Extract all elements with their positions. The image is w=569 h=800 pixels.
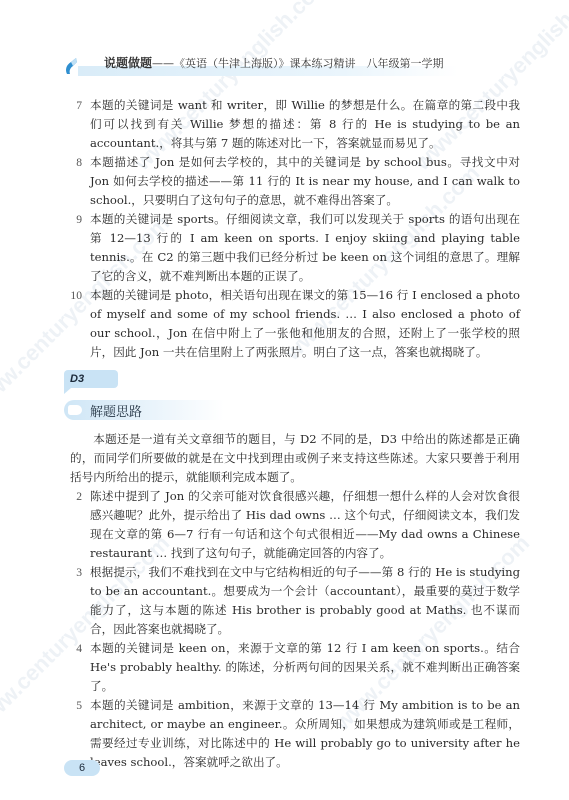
header-title-bold: 说题做题 bbox=[104, 56, 152, 70]
page-header: 说题做题——《英语（牛津上海版）》课本练习精讲 八年级第一学期 bbox=[64, 52, 454, 78]
item-text: 本题的关键词是 want 和 writer，即 Willie 的梦想是什么。在篇… bbox=[90, 98, 520, 150]
item-text: 本题描述了 Jon 是如何去学校的，其中的关键词是 by school bus。… bbox=[90, 155, 520, 207]
list-item: 4本题的关键词是 keen on，来源于文章的第 12 行 I am keen … bbox=[70, 639, 520, 696]
list-item: 7本题的关键词是 want 和 writer，即 Willie 的梦想是什么。在… bbox=[70, 96, 520, 153]
item-text: 本题的关键词是 keen on，来源于文章的第 12 行 I am keen o… bbox=[90, 641, 520, 693]
page-number: 6 bbox=[64, 760, 100, 776]
item-number: 7 bbox=[64, 96, 82, 115]
section-c-list: 7本题的关键词是 want 和 writer，即 Willie 的梦想是什么。在… bbox=[70, 96, 520, 362]
header-title-rest: ——《英语（牛津上海版）》课本练习精讲 八年级第一学期 bbox=[152, 57, 444, 70]
section-badge: D3 bbox=[64, 370, 118, 388]
item-number: 3 bbox=[64, 563, 82, 582]
list-item: 8本题描述了 Jon 是如何去学校的，其中的关键词是 by school bus… bbox=[70, 153, 520, 210]
list-item: 9本题的关键词是 sports。仔细阅读文章，我们可以发现关于 sports 的… bbox=[70, 210, 520, 286]
list-item: 10本题的关键词是 photo，相关语句出现在课文的第 15—16 行 I en… bbox=[70, 286, 520, 362]
section-d3-content: 本题还是一道有关文章细节的题目，与 D2 不同的是，D3 中给出的陈述都是正确的… bbox=[70, 430, 520, 772]
list-item: 2陈述中提到了 Jon 的父亲可能对饮食很感兴趣，仔细想一想什么样的人会对饮食很… bbox=[70, 487, 520, 563]
intro-paragraph: 本题还是一道有关文章细节的题目，与 D2 不同的是，D3 中给出的陈述都是正确的… bbox=[70, 430, 520, 487]
item-number: 5 bbox=[64, 696, 82, 715]
item-number: 8 bbox=[64, 153, 82, 172]
list-item: 5本题的关键词是 ambition，来源于文章的 13—14 行 My ambi… bbox=[70, 696, 520, 772]
item-number: 4 bbox=[64, 639, 82, 658]
book-logo-icon bbox=[64, 56, 80, 76]
item-number: 9 bbox=[64, 210, 82, 229]
speech-bubble-icon bbox=[68, 405, 82, 415]
item-text: 本题的关键词是 sports。仔细阅读文章，我们可以发现关于 sports 的语… bbox=[90, 212, 520, 283]
item-text: 陈述中提到了 Jon 的父亲可能对饮食很感兴趣，仔细想一想什么样的人会对饮食很感… bbox=[90, 489, 520, 560]
item-number: 10 bbox=[64, 286, 82, 305]
item-number: 2 bbox=[64, 487, 82, 506]
section-heading: 解题思路 bbox=[64, 400, 224, 420]
header-title: 说题做题——《英语（牛津上海版）》课本练习精讲 八年级第一学期 bbox=[104, 54, 444, 71]
item-text: 根据提示，我们不难找到在文中与它结构相近的句子——第 8 行的 He is st… bbox=[90, 565, 520, 636]
section-heading-label: 解题思路 bbox=[90, 401, 142, 420]
item-text: 本题的关键词是 photo，相关语句出现在课文的第 15—16 行 I encl… bbox=[90, 288, 520, 359]
item-text: 本题的关键词是 ambition，来源于文章的 13—14 行 My ambit… bbox=[90, 698, 520, 769]
list-item: 3根据提示，我们不难找到在文中与它结构相近的句子——第 8 行的 He is s… bbox=[70, 563, 520, 639]
